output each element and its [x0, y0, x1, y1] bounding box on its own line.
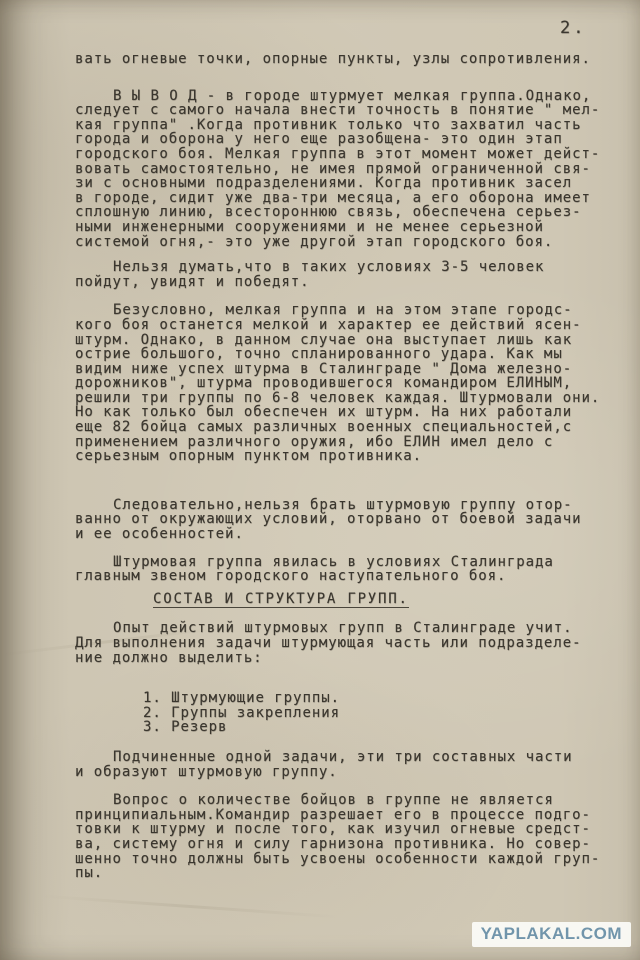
text-line: применением различного оружия, ибо ЕЛИН …	[75, 435, 626, 450]
text-line: зи с основными подразделениями. Когда пр…	[75, 176, 626, 191]
paragraph-shturmovaya-gruppa: Штурмовая группа явилась в условиях Стал…	[75, 555, 626, 584]
text-line: видим ниже успех штурма в Сталинграде " …	[75, 362, 626, 377]
text-line: пы.	[75, 866, 626, 881]
text-line: 3. Резерв	[143, 720, 626, 735]
paragraph-bezuslovno: Безусловно, мелкая группа и на этом этап…	[75, 303, 626, 464]
text-line: острие большого, точно спланированного у…	[75, 347, 626, 362]
text-line: Вопрос о количестве бойцов в группе не я…	[75, 793, 626, 808]
text-line: главным звеном городского наступательног…	[75, 569, 626, 584]
text-line: решили три группы по 6-8 человек каждая.…	[75, 391, 626, 406]
numbered-list: 1. Штурмующие группы.2. Группы закреплен…	[143, 691, 626, 735]
paragraph-nelzya-dumat: Нельзя думать,что в таких условиях 3-5 ч…	[75, 260, 626, 289]
text-line: следует с самого начала внести точность …	[75, 103, 626, 118]
paragraph-continuation: вать огневые точки, опорные пункты, узлы…	[75, 52, 626, 67]
text-line: Опыт действий штурмовых групп в Сталингр…	[75, 621, 626, 636]
text-line: В Ы В О Д - в городе штурмует мелкая гру…	[75, 89, 626, 104]
text-line: Безусловно, мелкая группа и на этом этап…	[75, 303, 626, 318]
text-line: 1. Штурмующие группы.	[143, 691, 626, 706]
paragraph-podchinennye: Подчиненные одной задачи, эти три состав…	[75, 750, 626, 779]
text-line: кого боя останется мелкой и характер ее …	[75, 318, 626, 333]
text-line: города и оборона у него еще разобщена- э…	[75, 132, 626, 147]
text-line: городского боя. Мелкая группа в этот мом…	[75, 147, 626, 162]
text-line: Для выполнения задачи штурмующая часть и…	[75, 636, 626, 651]
text-line: еще 82 бойца самых различных военных спе…	[75, 420, 626, 435]
text-line: Штурмовая группа явилась в условиях Стал…	[75, 555, 626, 570]
paragraph-opyt-deystviy: Опыт действий штурмовых групп в Сталингр…	[75, 621, 626, 665]
text-line: ва, систему огня и силу гарнизона против…	[75, 837, 626, 852]
paragraph-sledovatelno: Следовательно,нельзя брать штурмовую гру…	[75, 498, 626, 542]
paper-crease	[40, 895, 339, 919]
text-line: 2. Группы закрепления	[143, 706, 626, 721]
text-line: ными инженерными сооружениями и не менее…	[75, 220, 626, 235]
text-line: принципиальным.Командир разрешает его в …	[75, 808, 626, 823]
text-line: вовать самостоятельно, не имея прямой ог…	[75, 162, 626, 177]
text-line: Но как только был обеспечен их штурм. На…	[75, 405, 626, 420]
text-line: кая группа" .Когда противник только что …	[75, 118, 626, 133]
paragraph-vyvod: В Ы В О Д - в городе штурмует мелкая гру…	[75, 89, 626, 250]
text-line: товки к штурму и после того, как изучил …	[75, 822, 626, 837]
text-line: серьезным опорным пунктом противника.	[75, 449, 626, 464]
text-line: штурм. Однако, в данном случае она высту…	[75, 333, 626, 348]
text-line: Подчиненные одной задачи, эти три состав…	[75, 750, 626, 765]
text-line: и ее особенностей.	[75, 527, 626, 542]
watermark-yaplakal: YAPLAKAL.COM	[472, 922, 631, 947]
text-line: пойдут, увидят и победят.	[75, 275, 626, 290]
text-line: системой огня,- это уже другой этап горо…	[75, 235, 626, 250]
text-line: ние должно выделить:	[75, 651, 626, 666]
text-line: в городе, сидит уже два-три месяца, а ег…	[75, 191, 626, 206]
paragraph-vopros: Вопрос о количестве бойцов в группе не я…	[75, 793, 626, 881]
text-line: дорожников", штурма проводившегося коман…	[75, 376, 626, 391]
text-line: Нельзя думать,что в таких условиях 3-5 ч…	[75, 260, 626, 275]
section-heading-wrap: СОСТАВ И СТРУКТУРА ГРУПП.	[153, 592, 626, 609]
section-heading: СОСТАВ И СТРУКТУРА ГРУПП.	[153, 592, 409, 609]
text-line: вать огневые точки, опорные пункты, узлы…	[75, 52, 626, 67]
text-line: Следовательно,нельзя брать штурмовую гру…	[75, 498, 626, 513]
text-line: и образуют штурмовую группу.	[75, 765, 626, 780]
text-line: ванно от окружающих условий, оторвано от…	[75, 512, 626, 527]
text-line: шенно точно должны быть усвоены особенно…	[75, 852, 626, 867]
text-line: сплошную линию, всестороннюю связь, обес…	[75, 205, 626, 220]
document-body: вать огневые точки, опорные пункты, узлы…	[0, 0, 640, 881]
